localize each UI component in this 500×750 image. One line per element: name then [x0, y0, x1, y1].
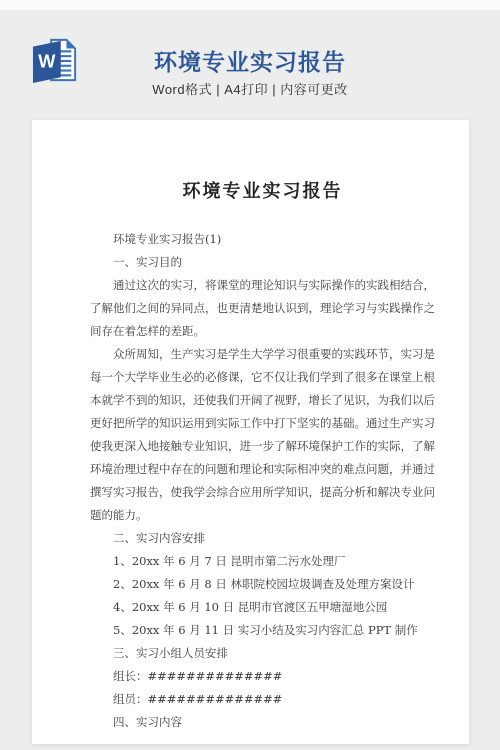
doc-line-para: 众所周知，生产实习是学生大学学习很重要的实践环节，实习是每一个大学毕业生必的必修…	[90, 343, 435, 527]
document-title: 环境专业实习报告	[90, 180, 435, 204]
format-meta-text: Word格式 | A4打印 | 内容可更改	[0, 79, 500, 98]
doc-line-sub: 环境专业实习报告(1)	[90, 228, 435, 251]
doc-line-item: 组员：##############	[90, 688, 435, 711]
doc-line-heading: 一、实习目的	[90, 251, 435, 274]
doc-line-heading: 三、实习小组人员安排	[90, 642, 435, 665]
doc-line-para: 通过这次的实习，将课堂的理论知识与实际操作的实践相结合，了解他们之间的异同点，也…	[90, 274, 435, 343]
doc-line-item: 4、20xx 年 6 月 10 日 昆明市官渡区五甲塘湿地公园	[90, 596, 435, 619]
doc-line-heading: 二、实习内容安排	[90, 527, 435, 550]
document-body: 环境专业实习报告(1)一、实习目的通过这次的实习，将课堂的理论知识与实际操作的实…	[90, 228, 435, 734]
site-header: W 环境专业实习报告 Word格式 | A4打印 | 内容可更改	[0, 0, 500, 120]
doc-line-item: 5、20xx 年 6 月 11 日 实习小结及实习内容汇总 PPT 制作	[90, 619, 435, 642]
doc-line-heading: 四、实习内容	[90, 711, 435, 734]
document-page-preview: 环境专业实习报告 环境专业实习报告(1)一、实习目的通过这次的实习，将课堂的理论…	[32, 120, 469, 744]
doc-line-item: 2、20xx 年 6 月 8 日 林职院校园垃圾调查及处理方案设计	[90, 573, 435, 596]
page-title: 环境专业实习报告	[0, 44, 500, 77]
doc-line-item: 1、20xx 年 6 月 7 日 昆明市第二污水处理厂	[90, 550, 435, 573]
doc-line-item: 组长：##############	[90, 665, 435, 688]
